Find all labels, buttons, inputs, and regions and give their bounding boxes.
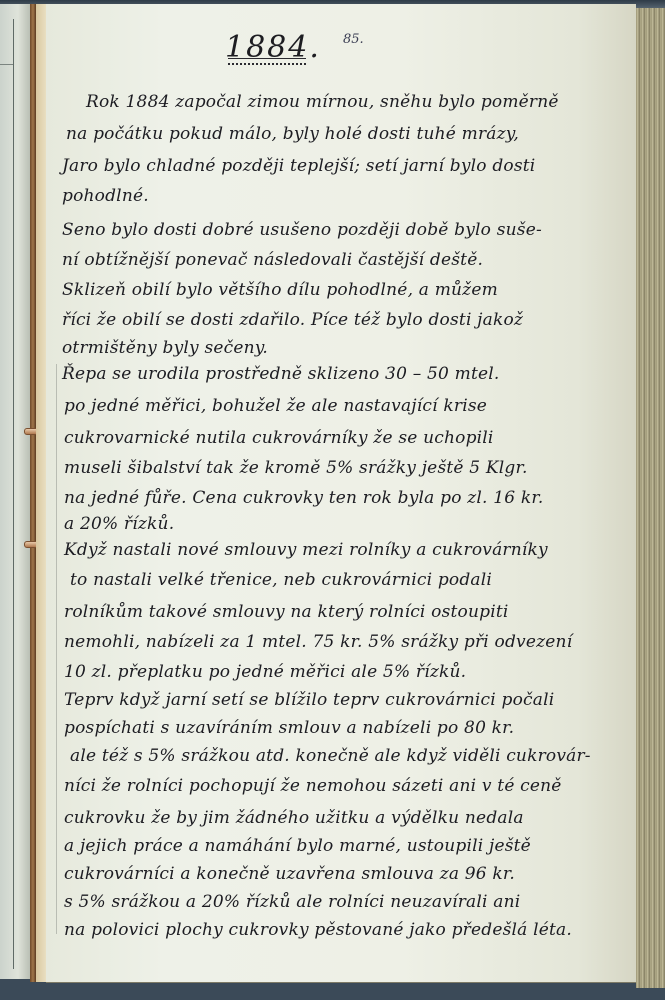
text-line: Když nastali nové smlouvy mezi rolníky a… <box>64 540 548 560</box>
text-line: níci že rolníci pochopují že nemohou sáz… <box>64 776 562 796</box>
text-line: cukrovarnické nutila cukrovárníky že se … <box>64 428 494 448</box>
text-line: na počátku pokud málo, byly holé dosti t… <box>66 124 519 144</box>
page-stack-edges <box>636 8 665 988</box>
text-line: nemohli, nabízeli za 1 mtel. 75 kr. 5% s… <box>64 632 572 652</box>
text-line: cukrovku že by jim žádného užitku a výdě… <box>64 808 524 828</box>
text-line: po jedné měřici, bohužel že ale nastavaj… <box>64 396 487 416</box>
text-line: Sklizeň obilí bylo většího dílu pohodlné… <box>62 280 498 300</box>
text-line: pohodlné. <box>62 186 149 206</box>
text-line: otrmištěny byly sečeny. <box>62 338 268 358</box>
text-line: a jejich práce a namáhání bylo marné, us… <box>64 836 531 856</box>
heading-underline <box>228 58 306 65</box>
text-line: museli šibalství tak že kromě 5% srážky … <box>64 458 528 478</box>
text-line: Teprv když jarní setí se blížilo teprv c… <box>64 690 554 710</box>
left-page-edge <box>0 4 31 979</box>
page-number: 85. <box>343 32 364 47</box>
text-line: pospíchati s uzavíráním smlouv a nabízel… <box>64 718 514 738</box>
text-line: cukrovárníci a konečně uzavřena smlouva … <box>64 864 515 884</box>
text-line: Rok 1884 započal zimou mírnou, sněhu byl… <box>86 92 559 112</box>
left-page-rule-horizontal <box>0 64 13 65</box>
text-line: Jaro bylo chladné později teplejší; setí… <box>62 156 535 176</box>
text-line: Řepa se urodila prostředně sklizeno 30 –… <box>62 364 500 384</box>
text-line: na polovici plochy cukrovky pěstované ja… <box>64 920 572 940</box>
text-line: na jedné fůře. Cena cukrovky ten rok byl… <box>64 488 543 508</box>
left-page-rule <box>13 19 14 969</box>
text-line: s 5% srážkou a 20% řízků ale rolníci neu… <box>64 892 520 912</box>
text-line: to nastali velké třenice, neb cukrovárni… <box>70 570 492 590</box>
text-line: Seno bylo dosti dobré usušeno později do… <box>62 220 542 240</box>
text-line: 10 zl. přeplatku po jedné měřici ale 5% … <box>64 662 466 682</box>
text-line: ní obtížnější ponevač následovali častěj… <box>62 250 483 270</box>
text-line: ale též s 5% srážkou atd. konečně ale kd… <box>70 746 591 766</box>
text-line: a 20% řízků. <box>64 514 174 534</box>
text-line: rolníkům takové smlouvy na který rolníci… <box>64 602 509 622</box>
pencil-margin-line <box>56 364 57 934</box>
text-line: říci že obilí se dosti zdařilo. Píce též… <box>62 310 523 330</box>
